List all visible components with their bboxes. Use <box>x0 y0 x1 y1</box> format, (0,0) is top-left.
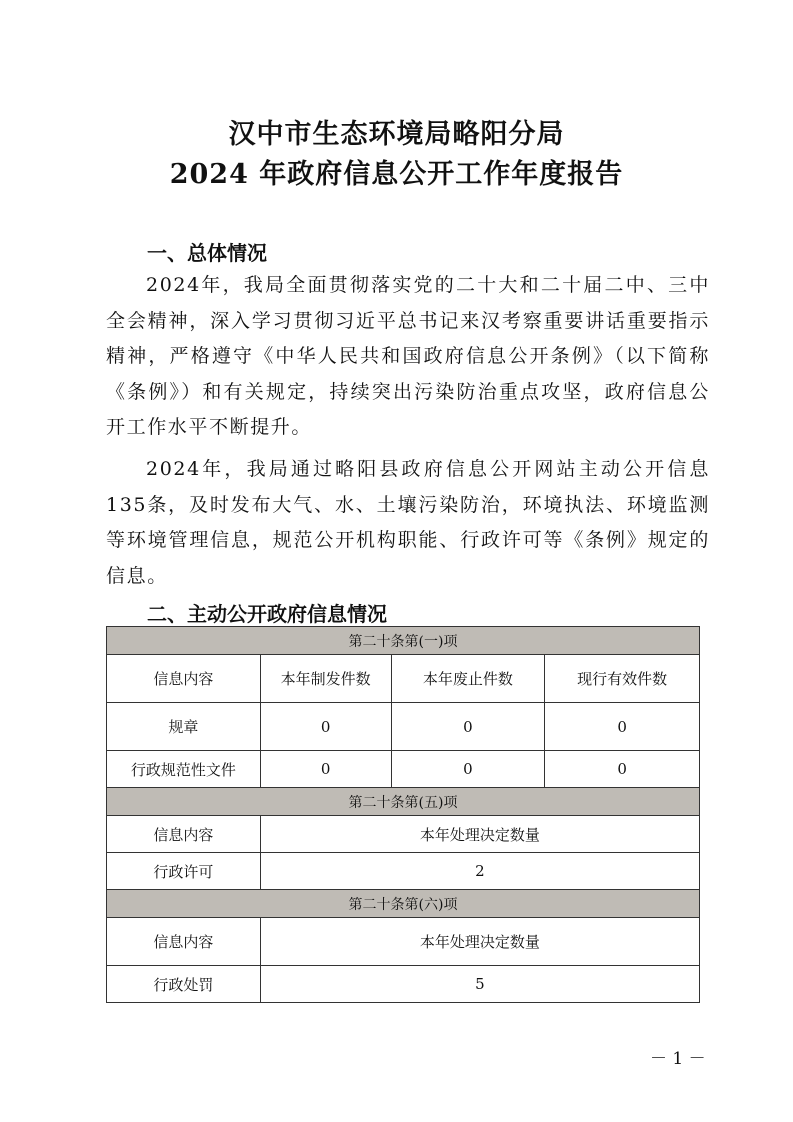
column-header: 信息内容 <box>107 816 261 853</box>
table-cell: 0 <box>260 703 391 751</box>
block2-title: 第二十条第(五)项 <box>107 788 700 816</box>
section2-heading: 二、主动公开政府信息情况 <box>147 598 387 627</box>
column-header: 信息内容 <box>107 655 261 703</box>
table-row: 行政处罚 5 <box>107 966 700 1003</box>
table-row: 行政许可 2 <box>107 853 700 890</box>
section1-paragraph2: 2024年，我局通过略阳县政府信息公开网站主动公开信息135条，及时发布大气、水… <box>106 452 710 594</box>
table-header-row: 信息内容 本年制发件数 本年废止件数 现行有效件数 <box>107 655 700 703</box>
table-header-row: 信息内容 本年处理决定数量 <box>107 816 700 853</box>
table-cell: 行政规范性文件 <box>107 751 261 788</box>
table-cell: 5 <box>260 966 699 1003</box>
table-cell: 0 <box>260 751 391 788</box>
table-row: 行政规范性文件 0 0 0 <box>107 751 700 788</box>
column-header: 本年处理决定数量 <box>260 918 699 966</box>
document-title-line2: 2024 年政府信息公开工作年度报告 <box>0 152 793 191</box>
column-header: 本年制发件数 <box>260 655 391 703</box>
document-title-line1: 汉中市生态环境局略阳分局 <box>0 112 793 151</box>
table-cell: 0 <box>391 751 545 788</box>
column-header: 信息内容 <box>107 918 261 966</box>
disclosure-table: 第二十条第(一)项 信息内容 本年制发件数 本年废止件数 现行有效件数 规章 0… <box>106 626 700 1003</box>
table-header-row: 信息内容 本年处理决定数量 <box>107 918 700 966</box>
column-header: 本年废止件数 <box>391 655 545 703</box>
table-section-header: 第二十条第(一)项 <box>107 627 700 655</box>
section1-paragraph1: 2024年，我局全面贯彻落实党的二十大和二十届二中、三中全会精神，深入学习贯彻习… <box>106 268 710 446</box>
table-cell: 规章 <box>107 703 261 751</box>
table-cell: 2 <box>260 853 699 890</box>
table-row: 规章 0 0 0 <box>107 703 700 751</box>
block1-title: 第二十条第(一)项 <box>107 627 700 655</box>
table-cell: 行政许可 <box>107 853 261 890</box>
table-cell: 0 <box>545 703 700 751</box>
table-section-header: 第二十条第(六)项 <box>107 890 700 918</box>
page-number: － 1 － <box>650 1044 706 1069</box>
section1-heading: 一、总体情况 <box>147 237 267 266</box>
column-header: 现行有效件数 <box>545 655 700 703</box>
block3-title: 第二十条第(六)项 <box>107 890 700 918</box>
column-header: 本年处理决定数量 <box>260 816 699 853</box>
table-cell: 行政处罚 <box>107 966 261 1003</box>
table-cell: 0 <box>545 751 700 788</box>
table-cell: 0 <box>391 703 545 751</box>
table-section-header: 第二十条第(五)项 <box>107 788 700 816</box>
